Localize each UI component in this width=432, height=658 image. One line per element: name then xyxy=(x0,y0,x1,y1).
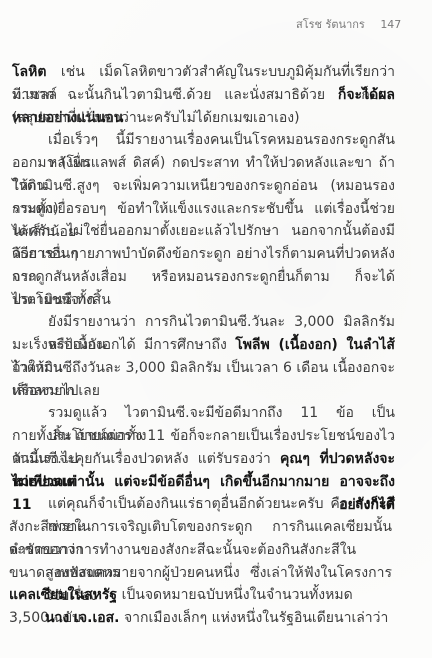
bold-text-segment: แคลเซียมในสหรัฐ xyxy=(9,587,117,603)
text-line: (สรุปจากที่ฝรั่งเขาว่านะครับไม่ได้ยกเมฆเ… xyxy=(12,107,395,130)
text-segment: มะเร็งหรือเนื้องอกได้ มีการศึกษาถึง xyxy=(12,337,235,353)
bold-text-segment: โพลีพ (เนื้องอก) ในลำไส้ xyxy=(235,337,395,353)
text-line: นาง เจ.เอส. จากเมืองเล็กๆ แห่งหนึ่งในรัฐ… xyxy=(9,607,392,630)
text-line: นะครับ ไม่ใช่ยื่นออกมาตั้งเยอะแล้วไปรักษ… xyxy=(12,220,395,243)
header-author: สโรช รัตนากร xyxy=(296,18,365,31)
text-line: โลหิต เช่น เม็ดโลหิตขาวตัวสำคัญในระบบภูม… xyxy=(12,61,395,84)
text-segment: หรือหายไปเลย xyxy=(12,383,100,399)
text-line: หรือหายไปเลย xyxy=(12,380,395,403)
text-line: มามาก ฉะนั้นกินไวตามินซี.ด้วย และนั่งสมา… xyxy=(12,84,395,107)
text-line: ไวตามินซี.ทั้งสิ้น xyxy=(12,289,395,312)
text-line: หายปวดเท่านั้น แต่จะมีข้อดีอื่นๆ เกิดขึ้… xyxy=(12,471,395,494)
text-segment: จากเมืองเล็กๆ แห่งหนึ่งในรัฐอินเดียนาเล่… xyxy=(120,610,389,626)
running-header: สโรช รัตนากร 147 xyxy=(296,17,406,33)
text-line: ยังมีรายงานว่า การกินไวตามินซี.วันละ 3,0… xyxy=(12,311,395,334)
page-number: 147 xyxy=(380,18,401,31)
text-line: ไวตามินซี.สูงๆ จะเพิ่มความเหนียวของกระดู… xyxy=(12,175,395,198)
text-line: กระดูกสันหลังเสื่อม หรือหมอนรองกระดูกยื่… xyxy=(12,266,395,289)
bold-text-segment: โลหิต xyxy=(12,64,46,80)
text-line: จะขัดขวางการทำงานของสังกะสีฉะนั้นจะต้องก… xyxy=(9,539,392,562)
text-line: ไวตามินซีถึงวันละ 3,000 มิลลิกรัม เป็นเว… xyxy=(12,357,395,380)
text-line: รวมทั้งเยื่อรอบๆ ข้อทำให้แข็งแรงและกระชั… xyxy=(12,198,395,221)
text-line: ด้วย เช่น กายภาพบำบัดดึงข้อกระดูก อย่างไ… xyxy=(12,243,395,266)
text-line: ลองฟังจดหมายจากผู้ป่วยคนหนึ่ง ซึ่งเล่าให… xyxy=(9,562,392,585)
text-segment: แต่คุณก็จำเป็นต้องกินแร่ธาตุอื่นอีกด้วยน… xyxy=(48,496,355,512)
text-segment: (สรุปจากที่ฝรั่งเขาว่านะครับไม่ได้ยกเมฆเ… xyxy=(12,110,300,126)
text-line: แคลเซียมในสหรัฐ เป็นจดหมายฉบับหนึ่งในจำน… xyxy=(9,584,392,607)
text-line: วันนี้เราจะคุยกันเรื่องปวดหลัง แต่รับรอง… xyxy=(12,448,395,471)
bold-text-segment: นาง เจ.เอส. xyxy=(45,610,120,626)
text-line: ออกมา (โพรแลพส์ ดิสค์) กดประสาท ทำให้ปวด… xyxy=(12,152,395,175)
bold-text-segment: สังกะสี xyxy=(355,496,395,512)
text-segment: มามาก ฉะนั้นกินไวตามินซี.ด้วย และนั่งสมา… xyxy=(12,87,338,103)
text-line: รวมดูแล้ว ไวตามินซี.จะมีข้อดีมากถึง 11 ข… xyxy=(12,402,395,425)
text-line: กายทั้งสิ้น ถ้ายกมาทั้ง 11 ข้อก็จะกลายเป… xyxy=(12,425,395,448)
text-line: เมื่อเร็วๆ นี้มีรายงานเรื่องคนเป็นโรคหมอ… xyxy=(12,129,395,152)
text-segment: วันนี้เราจะคุยกันเรื่องปวดหลัง แต่รับรอง… xyxy=(12,451,280,467)
text-line: มะเร็งหรือเนื้องอกได้ มีการศึกษาถึง โพลี… xyxy=(12,334,395,357)
book-page: สโรช รัตนากร 147 โลหิต เช่น เม็ดโลหิตขาว… xyxy=(0,0,432,658)
text-line: แต่คุณก็จำเป็นต้องกินแร่ธาตุอื่นอีกด้วยน… xyxy=(12,493,395,516)
text-line: สังกะสีช่วยในการเจริญเติบโตของกระดูก การ… xyxy=(9,516,392,539)
text-segment: ไวตามินซี.ทั้งสิ้น xyxy=(12,292,111,308)
